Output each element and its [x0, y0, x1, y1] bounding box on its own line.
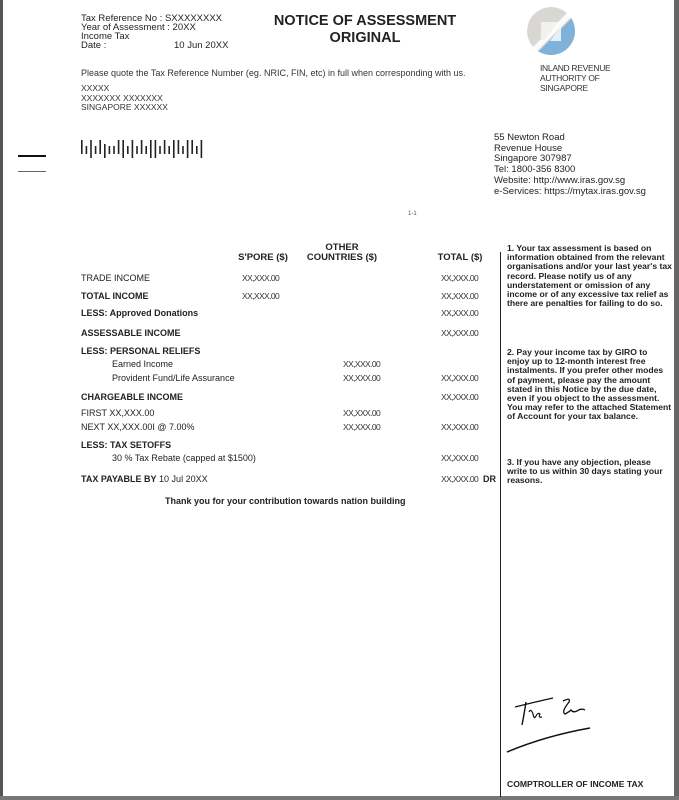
value-other-countries: XX,XXX.00	[343, 422, 380, 432]
signatory-title: COMPTROLLER OF INCOME TAX	[507, 779, 643, 789]
title-line-2: ORIGINAL	[250, 30, 480, 47]
value-total: XX,XXX.00	[441, 291, 478, 301]
value-spore: XX,XXX.00	[242, 273, 279, 283]
page-border-right	[674, 0, 679, 800]
signature-icon	[505, 690, 625, 760]
row-label: ASSESSABLE INCOME	[81, 328, 181, 338]
notes-divider	[500, 252, 501, 797]
document-title: NOTICE OF ASSESSMENT ORIGINAL	[250, 13, 480, 47]
column-header-other-countries: OTHER COUNTRIES ($)	[302, 243, 382, 263]
value-total: XX,XXX.00	[441, 392, 478, 402]
note-2: 2. Pay your income tax by GIRO to enjoy …	[507, 348, 672, 422]
value-total: XX,XXX.00	[441, 373, 478, 383]
tax-payable-due-date: 10 Jul 20XX	[159, 474, 208, 484]
row-label: LESS: Approved Donations	[81, 308, 198, 318]
value-spore: XX,XXX.00	[242, 291, 279, 301]
org-name: INLAND REVENUE AUTHORITY OF SINGAPORE	[540, 63, 610, 93]
postal-barcode-icon	[80, 138, 208, 158]
title-line-1: NOTICE OF ASSESSMENT	[250, 13, 480, 30]
website-link[interactable]: Website: http://www.iras.gov.sg	[494, 176, 646, 187]
thanks-message: Thank you for your contribution towards …	[165, 496, 406, 506]
row-label: Earned Income	[112, 359, 173, 369]
eservices-link[interactable]: e-Services: https://mytax.iras.gov.sg	[494, 187, 646, 198]
row-label: NEXT XX,XXX.00I @ 7.00%	[81, 422, 195, 432]
page-indicator: 1-1	[408, 211, 417, 217]
row-label: LESS: PERSONAL RELIEFS	[81, 346, 200, 356]
header-meta: Tax Reference No : SXXXXXXXX Year of Ass…	[81, 14, 222, 50]
tax-payable-label: TAX PAYABLE BY 10 Jul 20XX	[81, 474, 208, 484]
value-total: XX,XXX.00	[441, 328, 478, 338]
fold-mark	[18, 155, 46, 157]
value-total: XX,XXX.00	[441, 453, 478, 463]
row-label: FIRST XX,XXX.00	[81, 408, 154, 418]
value-other-countries: XX,XXX.00	[343, 373, 380, 383]
notice-date-value: 10 Jun 20XX	[174, 41, 228, 50]
authority-address: 55 Newton Road Revenue House Singapore 3…	[494, 133, 646, 197]
row-label: TRADE INCOME	[81, 273, 150, 283]
value-total: XX,XXX.00	[441, 273, 478, 283]
year-of-assessment-value: 20XX	[173, 23, 196, 32]
value-total: XX,XXX.00	[441, 422, 478, 432]
row-label: 30 % Tax Rebate (capped at $1500)	[112, 453, 256, 463]
page-border-bottom	[0, 796, 679, 800]
column-header-spore: S'PORE ($)	[233, 253, 293, 263]
quote-reference-note: Please quote the Tax Reference Number (e…	[81, 68, 466, 78]
row-label: Provident Fund/Life Assurance	[112, 373, 235, 383]
notice-date: Date :10 Jun 20XX	[81, 41, 222, 50]
value-other-countries: XX,XXX.00	[343, 359, 380, 369]
row-label: LESS: TAX SETOFFS	[81, 440, 171, 450]
value-total: XX,XXX.00	[441, 308, 478, 318]
debit-indicator: DR	[483, 474, 496, 484]
row-label: CHARGEABLE INCOME	[81, 392, 183, 402]
iras-logo-icon	[527, 7, 575, 55]
fold-mark	[18, 171, 46, 172]
recipient-address: XXXXX XXXXXXX XXXXXXX SINGAPORE XXXXXX	[81, 84, 168, 113]
note-3: 3. If you have any objection, please wri…	[507, 458, 672, 486]
row-label: TOTAL INCOME	[81, 291, 149, 301]
page-border-left	[0, 0, 3, 800]
value-other-countries: XX,XXX.00	[343, 408, 380, 418]
tax-payable-amount: XX,XXX.00	[441, 474, 478, 484]
column-header-total: TOTAL ($)	[432, 253, 488, 263]
note-1: 1. Your tax assessment is based on infor…	[507, 244, 672, 308]
